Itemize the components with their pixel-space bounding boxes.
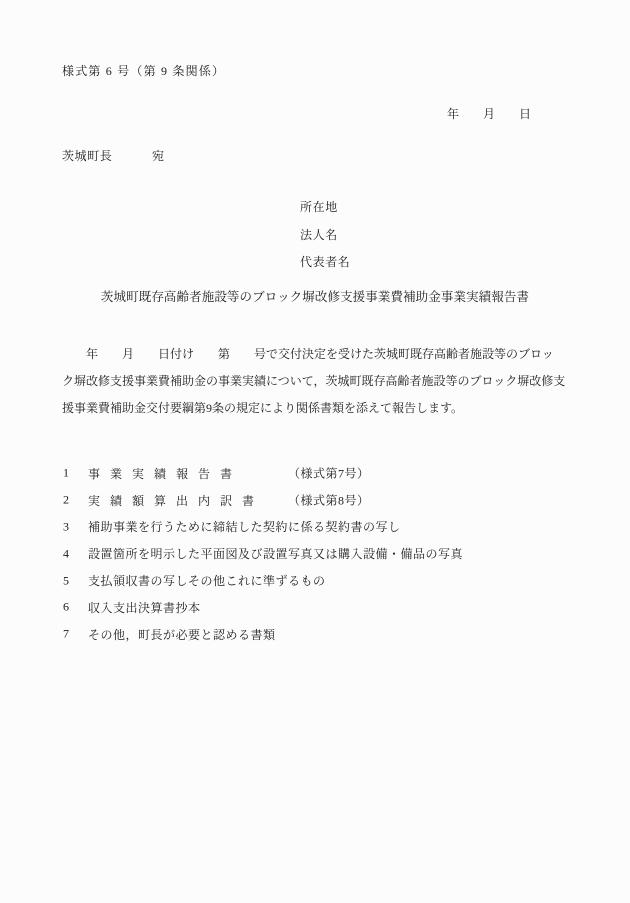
body-line: 年 月 日付け 第 号で交付決定を受けた茨城町既存高齢者施設等のブロッ [62, 341, 572, 368]
document-page: 様式第 6 号（第 9 条関係） 年 月 日 茨城町長 宛 所在地 法人名 代表… [0, 0, 630, 903]
list-item: 4 設置箇所を明示した平面図及び設置写真又は購入設備・備品の写真 [62, 540, 572, 567]
attachment-name: 補助事業を行うために締結した契約に係る契約書の写し [88, 518, 401, 535]
attachment-number: 1 [63, 466, 69, 481]
form-number: 様式第 6 号（第 9 条関係） [62, 62, 225, 79]
attachment-list: 1 事業実績報告書 （様式第7号） 2 実績額算出内訳書 （様式第8号） 3 補… [62, 460, 572, 648]
attachment-form-reference: （様式第8号） [288, 492, 370, 509]
list-item: 5 支払領収書の写しその他これに準ずるもの [62, 567, 572, 594]
attachment-name: 支払領収書の写しその他これに準ずるもの [88, 572, 326, 589]
attachment-name: 収入支出決算書抄本 [88, 599, 201, 616]
body-paragraph: 年 月 日付け 第 号で交付決定を受けた茨城町既存高齢者施設等のブロッ ク塀改修… [62, 341, 572, 421]
addressee-name: 茨城町長 [62, 147, 112, 164]
list-item: 3 補助事業を行うために締結した契約に係る契約書の写し [62, 514, 572, 541]
attachment-name: 実績額算出内訳書 [88, 492, 264, 509]
attachment-number: 2 [63, 493, 69, 508]
attachment-form-reference: （様式第7号） [288, 465, 370, 482]
attachment-name: 設置箇所を明示した平面図及び設置写真又は購入設備・備品の写真 [88, 545, 463, 562]
sender-field-corporation-name: 法人名 [300, 220, 350, 247]
list-item: 2 実績額算出内訳書 （様式第8号） [62, 487, 572, 514]
list-item: 6 収入支出決算書抄本 [62, 594, 572, 621]
sender-field-representative-name: 代表者名 [300, 248, 350, 275]
document-title: 茨城町既存高齢者施設等のブロック塀改修支援事業費補助金事業実績報告書 [0, 287, 630, 305]
date-placeholder: 年 月 日 [447, 105, 531, 122]
body-line: 援事業費補助金交付要綱第9条の規定により関係書類を添えて報告します。 [62, 395, 572, 422]
sender-field-address: 所在地 [300, 193, 350, 220]
attachment-number: 5 [63, 573, 69, 588]
sender-block: 所在地 法人名 代表者名 [300, 193, 350, 275]
attachment-number: 6 [63, 600, 69, 615]
addressee-suffix: 宛 [152, 147, 164, 164]
attachment-name: その他，町長が必要と認める書類 [88, 626, 276, 643]
attachment-number: 3 [63, 519, 69, 534]
list-item: 1 事業実績報告書 （様式第7号） [62, 460, 572, 487]
list-item: 7 その他，町長が必要と認める書類 [62, 621, 572, 648]
attachment-name: 事業実績報告書 [88, 465, 242, 482]
body-line: ク塀改修支援事業費補助金の事業実績について，茨城町既存高齢者施設等のブロック塀改… [62, 368, 572, 395]
attachment-number: 7 [63, 627, 69, 642]
attachment-number: 4 [63, 546, 69, 561]
